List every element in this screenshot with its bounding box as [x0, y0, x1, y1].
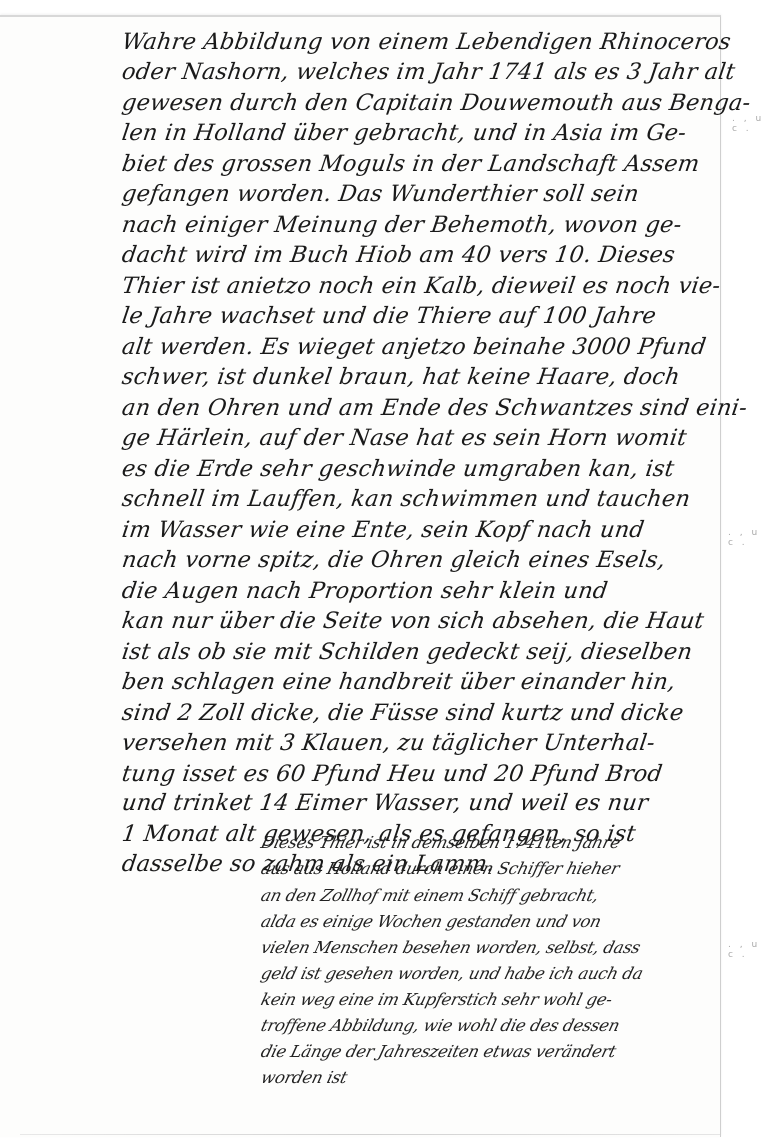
page-bottom-edge — [20, 1134, 720, 1135]
margin-mark-3: . , u c . — [728, 940, 770, 960]
main-line-3: gewesen durch den Capitain Douwemouth au… — [120, 88, 752, 118]
main-line-8: dacht wird im Buch Hiob am 40 vers 10. D… — [120, 240, 677, 270]
main-line-23: sind 2 Zoll dicke, die Füsse sind kurtz … — [120, 698, 686, 728]
note-line-4: alda es einige Wochen gestanden und von — [258, 909, 604, 935]
note-line-9: die Länge der Jahreszeiten etwas verände… — [258, 1039, 619, 1065]
main-line-15: es die Erde sehr geschwinde umgraben kan… — [120, 454, 676, 484]
main-line-14: ge Härlein, auf der Nase hat es sein Hor… — [120, 423, 689, 453]
main-line-1: Wahre Abbildung von einem Lebendigen Rhi… — [120, 27, 733, 57]
main-line-16: schnell im Lauffen, kan schwimmen und ta… — [120, 484, 692, 514]
main-line-20: kan nur über die Seite von sich absehen,… — [120, 606, 706, 636]
manuscript-page: Wahre Abbildung von einem Lebendigen Rhi… — [0, 15, 721, 1137]
main-line-6: gefangen worden. Das Wunderthier soll se… — [120, 179, 641, 209]
main-line-10: le Jahre wachset und die Thiere auf 100 … — [120, 301, 658, 331]
note-line-7: kein weg eine im Kupferstich sehr wohl g… — [258, 987, 615, 1013]
main-line-12: schwer, ist dunkel braun, hat keine Haar… — [120, 362, 682, 392]
main-line-11: alt werden. Es wieget anjetzo beinahe 30… — [120, 332, 708, 362]
note-line-6: geld ist gesehen worden, und habe ich au… — [258, 961, 646, 987]
note-line-2: aus aus Holland durch einen Schiffer hie… — [258, 856, 622, 882]
note-line-3: an den Zollhof mit einem Schiff gebracht… — [258, 883, 601, 909]
note-line-8: troffene Abbildung, wie wohl die des des… — [258, 1013, 622, 1039]
main-line-26: und trinket 14 Eimer Wasser, und weil es… — [120, 788, 650, 818]
main-line-22: ben schlagen eine handbreit über einande… — [120, 667, 678, 697]
main-line-4: len in Holland über gebracht, und in Asi… — [120, 118, 688, 148]
note-line-1: Dieses Thier ist in demselben 1741ten Ja… — [258, 830, 623, 856]
margin-mark-1: . , u c . — [732, 114, 770, 134]
main-line-7: nach einiger Meinung der Behemoth, wovon… — [120, 210, 684, 240]
main-line-17: im Wasser wie eine Ente, sein Kopf nach … — [120, 515, 646, 545]
main-line-21: ist als ob sie mit Schilden gedeckt seij… — [120, 637, 694, 667]
note-line-5: vielen Menschen besehen worden, selbst, … — [258, 935, 643, 961]
main-line-24: versehen mit 3 Klauen, zu täglicher Unte… — [120, 728, 657, 758]
main-line-25: tung isset es 60 Pfund Heu und 20 Pfund … — [120, 759, 664, 789]
main-line-13: an den Ohren und am Ende des Schwantzes … — [120, 393, 749, 423]
margin-mark-2: . , u c . — [728, 528, 770, 548]
main-line-19: die Augen nach Proportion sehr klein und — [120, 576, 610, 606]
main-line-9: Thier ist anietzo noch ein Kalb, dieweil… — [120, 271, 722, 301]
note-line-10: worden ist — [258, 1065, 350, 1091]
main-line-2: oder Nashorn, welches im Jahr 1741 als e… — [120, 57, 737, 87]
main-line-5: biet des grossen Moguls in der Landschaf… — [120, 149, 702, 179]
main-line-18: nach vorne spitz, die Ohren gleich eines… — [120, 545, 667, 575]
